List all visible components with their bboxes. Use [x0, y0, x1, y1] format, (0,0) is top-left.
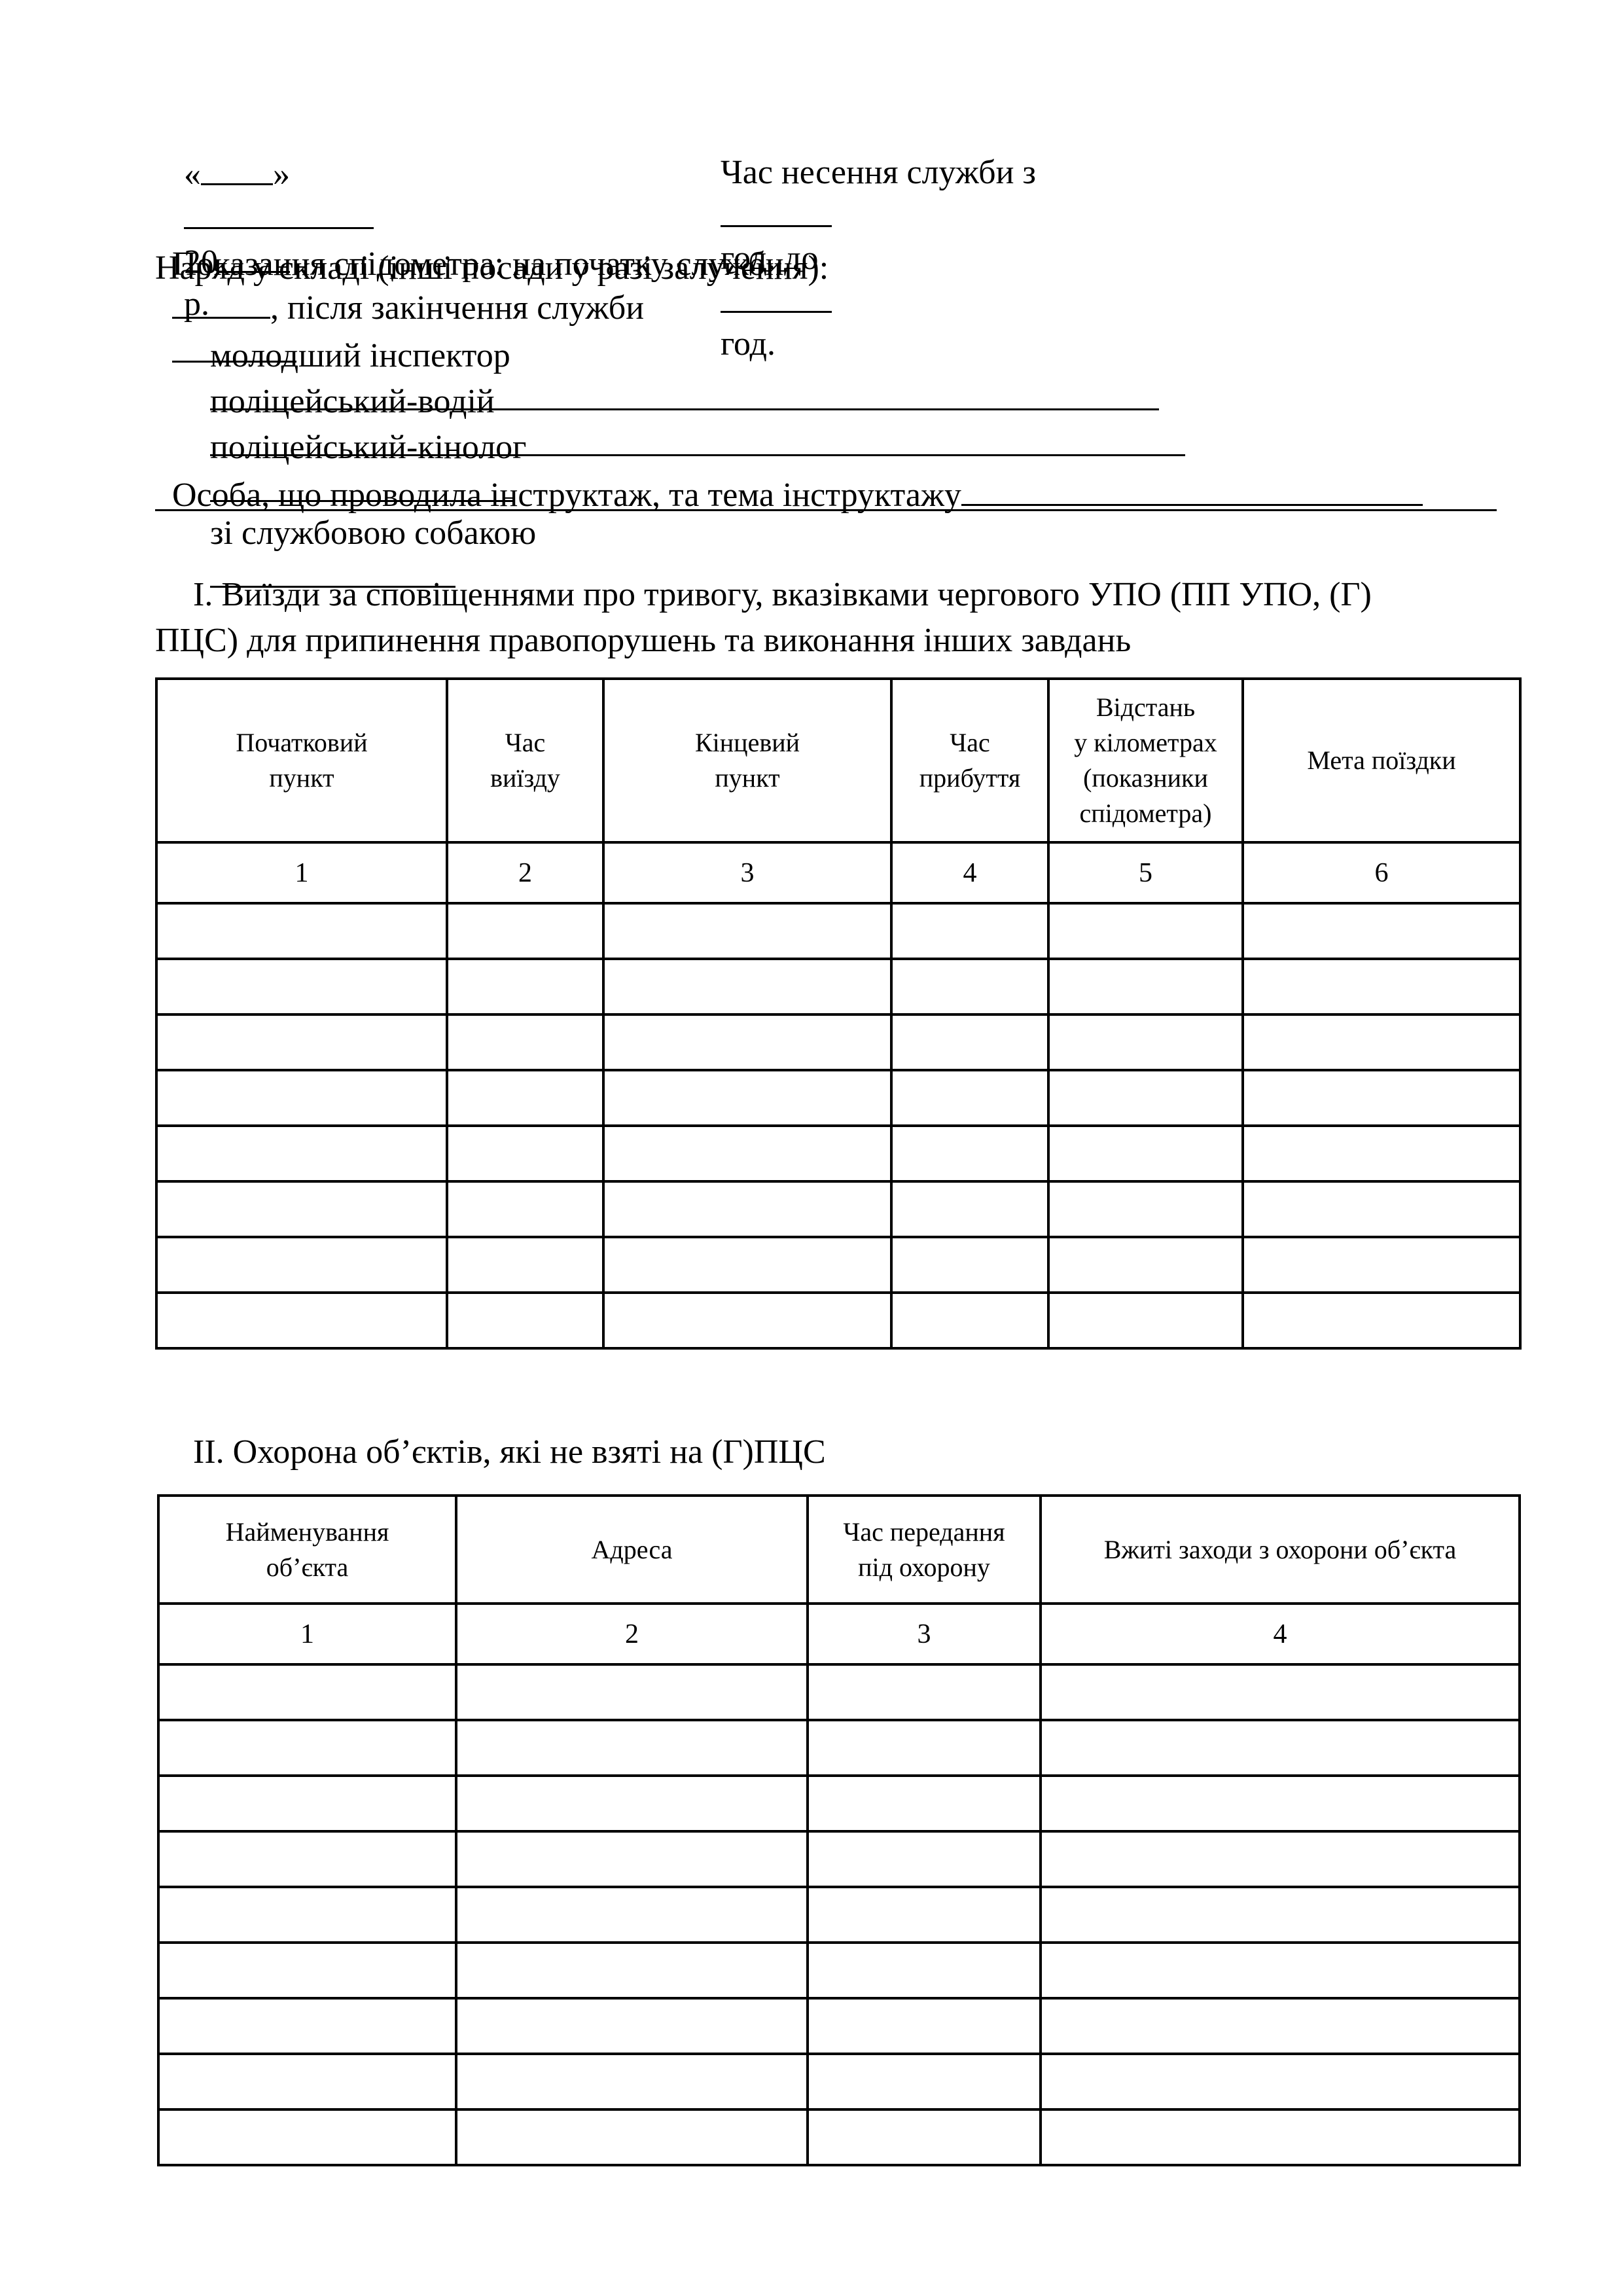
- section1-title-line1: I. Виїзди за сповіщеннями про тривогу, в…: [193, 573, 1372, 617]
- entry-cell[interactable]: [1243, 903, 1520, 959]
- entry-cell[interactable]: [1048, 1070, 1243, 1126]
- entry-cell[interactable]: [1243, 959, 1520, 1014]
- entry-cell[interactable]: [1048, 1126, 1243, 1181]
- entry-cell[interactable]: [456, 2054, 808, 2109]
- entry-cell[interactable]: [447, 959, 603, 1014]
- entry-cell[interactable]: [891, 1293, 1048, 1348]
- objects-header-row: Найменуванняоб’єктаАдресаЧас переданняпі…: [158, 1496, 1520, 1604]
- entry-cell[interactable]: [447, 1070, 603, 1126]
- entry-cell[interactable]: [447, 1293, 603, 1348]
- trips-table: ПочатковийпунктЧасвиїздуКінцевийпунктЧас…: [155, 677, 1522, 1350]
- entry-cell[interactable]: [808, 1831, 1041, 1887]
- objects-header-cell: Час переданняпід охорону: [808, 1496, 1041, 1604]
- entry-cell[interactable]: [1041, 1887, 1520, 1943]
- table-row: [158, 1664, 1520, 1720]
- table-row: [158, 1720, 1520, 1776]
- entry-cell[interactable]: [1041, 1776, 1520, 1831]
- entry-cell[interactable]: [156, 1293, 447, 1348]
- entry-cell[interactable]: [456, 1998, 808, 2054]
- entry-cell[interactable]: [1048, 903, 1243, 959]
- table-row: [156, 959, 1520, 1014]
- entry-cell[interactable]: [158, 2109, 456, 2165]
- column-number: 2: [456, 1604, 808, 1664]
- column-number: 3: [808, 1604, 1041, 1664]
- table-row: [158, 2109, 1520, 2165]
- entry-cell[interactable]: [1048, 1181, 1243, 1237]
- entry-cell[interactable]: [1041, 1720, 1520, 1776]
- entry-cell[interactable]: [891, 1237, 1048, 1293]
- table-row: [156, 1237, 1520, 1293]
- entry-cell[interactable]: [158, 1998, 456, 2054]
- entry-cell[interactable]: [158, 1776, 456, 1831]
- entry-cell[interactable]: [447, 1181, 603, 1237]
- entry-cell[interactable]: [456, 1943, 808, 1998]
- column-number: 5: [1048, 842, 1243, 903]
- column-label: пункт: [605, 761, 890, 796]
- entry-cell[interactable]: [156, 1237, 447, 1293]
- entry-cell[interactable]: [808, 1776, 1041, 1831]
- entry-cell[interactable]: [808, 2109, 1041, 2165]
- column-label: (показники: [1050, 761, 1241, 796]
- column-label: Вжиті заходи з охорони об’єкта: [1042, 1532, 1518, 1568]
- entry-cell[interactable]: [808, 1720, 1041, 1776]
- trips-header-cell: Кінцевийпункт: [603, 679, 891, 842]
- briefing-line: Особа, що проводила інструктаж, та тема …: [155, 431, 1423, 516]
- entry-cell[interactable]: [456, 1776, 808, 1831]
- entry-cell[interactable]: [447, 1126, 603, 1181]
- column-label: Кінцевий: [605, 725, 890, 761]
- trips-header-cell: Часвиїзду: [447, 679, 603, 842]
- entry-cell[interactable]: [1041, 2109, 1520, 2165]
- objects-column-number-row: 1234: [158, 1604, 1520, 1664]
- entry-cell[interactable]: [1048, 1293, 1243, 1348]
- crew-label: Наряд у складі (інші посади у разі залуч…: [155, 247, 829, 289]
- entry-cell[interactable]: [808, 1943, 1041, 1998]
- entry-cell[interactable]: [1243, 1014, 1520, 1070]
- column-label: пункт: [158, 761, 446, 796]
- entry-cell[interactable]: [156, 959, 447, 1014]
- column-number: 6: [1243, 842, 1520, 903]
- table-row: [156, 903, 1520, 959]
- entry-cell[interactable]: [158, 1887, 456, 1943]
- column-label: виїзду: [448, 761, 602, 796]
- close-quote: »: [273, 156, 290, 193]
- briefing-label: Особа, що проводила інструктаж, та тема …: [172, 476, 961, 514]
- table-row: [158, 2054, 1520, 2109]
- entry-cell[interactable]: [1041, 1943, 1520, 1998]
- entry-cell[interactable]: [808, 1664, 1041, 1720]
- trips-header-row: ПочатковийпунктЧасвиїздуКінцевийпунктЧас…: [156, 679, 1520, 842]
- column-label: Початковий: [158, 725, 446, 761]
- entry-cell[interactable]: [1048, 959, 1243, 1014]
- column-number: 1: [156, 842, 447, 903]
- entry-cell[interactable]: [456, 1831, 808, 1887]
- entry-cell[interactable]: [158, 1720, 456, 1776]
- entry-cell[interactable]: [603, 1293, 891, 1348]
- column-label: Мета поїздки: [1244, 743, 1519, 778]
- entry-cell[interactable]: [808, 1998, 1041, 2054]
- entry-cell[interactable]: [1041, 2054, 1520, 2109]
- trips-column-number-row: 123456: [156, 842, 1520, 903]
- entry-cell[interactable]: [447, 1014, 603, 1070]
- table-row: [158, 1943, 1520, 1998]
- entry-cell[interactable]: [603, 1070, 891, 1126]
- section2-title: II. Охорона об’єктів, які не взяті на (Г…: [193, 1430, 826, 1475]
- column-label: Час: [448, 725, 602, 761]
- column-label: об’єкта: [160, 1550, 455, 1585]
- entry-cell[interactable]: [1048, 1014, 1243, 1070]
- entry-cell[interactable]: [891, 1014, 1048, 1070]
- section1-title-line2: ПЦС) для припинення правопорушень та вик…: [155, 619, 1131, 663]
- table-row: [156, 1293, 1520, 1348]
- objects-header-cell: Адреса: [456, 1496, 808, 1604]
- entry-cell[interactable]: [158, 1831, 456, 1887]
- entry-cell[interactable]: [447, 1237, 603, 1293]
- entry-cell[interactable]: [156, 1126, 447, 1181]
- entry-cell[interactable]: [158, 2054, 456, 2109]
- entry-cell[interactable]: [158, 1943, 456, 1998]
- guarded-objects-table: Найменуванняоб’єктаАдресаЧас переданняпі…: [157, 1494, 1521, 2166]
- entry-cell[interactable]: [158, 1664, 456, 1720]
- column-label: Відстань: [1050, 690, 1241, 725]
- entry-cell[interactable]: [891, 1126, 1048, 1181]
- entry-cell[interactable]: [891, 903, 1048, 959]
- column-number: 2: [447, 842, 603, 903]
- briefing-field[interactable]: [961, 473, 1423, 506]
- entry-cell[interactable]: [1048, 1237, 1243, 1293]
- column-number: 4: [1041, 1604, 1520, 1664]
- briefing-continuation-field[interactable]: [155, 509, 1497, 511]
- entry-cell[interactable]: [456, 1664, 808, 1720]
- column-label: Час передання: [809, 1515, 1039, 1550]
- column-label: спідометра): [1050, 796, 1241, 831]
- entry-cell[interactable]: [603, 1237, 891, 1293]
- column-number: 3: [603, 842, 891, 903]
- entry-cell[interactable]: [156, 1070, 447, 1126]
- entry-cell[interactable]: [808, 2054, 1041, 2109]
- table-row: [158, 1831, 1520, 1887]
- table-row: [156, 1126, 1520, 1181]
- trips-header-cell: Мета поїздки: [1243, 679, 1520, 842]
- entry-cell[interactable]: [156, 903, 447, 959]
- entry-cell[interactable]: [156, 1014, 447, 1070]
- table-row: [158, 1887, 1520, 1943]
- trips-header-cell: Початковийпункт: [156, 679, 447, 842]
- entry-cell[interactable]: [603, 1126, 891, 1181]
- table-row: [156, 1070, 1520, 1126]
- entry-cell[interactable]: [1041, 1831, 1520, 1887]
- objects-header-cell: Найменуванняоб’єкта: [158, 1496, 456, 1604]
- objects-header-cell: Вжиті заходи з охорони об’єкта: [1041, 1496, 1520, 1604]
- service-time-label: Час несення служби з: [721, 154, 1036, 191]
- column-label: під охорону: [809, 1550, 1039, 1585]
- entry-cell[interactable]: [456, 1887, 808, 1943]
- entry-cell[interactable]: [808, 1887, 1041, 1943]
- trips-header-cell: Часприбуття: [891, 679, 1048, 842]
- entry-cell[interactable]: [891, 959, 1048, 1014]
- entry-cell[interactable]: [1041, 1664, 1520, 1720]
- column-label: прибуття: [893, 761, 1047, 796]
- column-label: у кілометрах: [1050, 725, 1241, 761]
- entry-cell[interactable]: [603, 903, 891, 959]
- entry-cell[interactable]: [603, 1014, 891, 1070]
- entry-cell[interactable]: [603, 1181, 891, 1237]
- entry-cell[interactable]: [456, 1720, 808, 1776]
- column-number: 1: [158, 1604, 456, 1664]
- trips-header-cell: Відстаньу кілометрах(показникиспідометра…: [1048, 679, 1243, 842]
- entry-cell[interactable]: [891, 1181, 1048, 1237]
- column-label: Час: [893, 725, 1047, 761]
- entry-cell[interactable]: [1243, 1181, 1520, 1237]
- column-label: Адреса: [457, 1532, 806, 1568]
- entry-cell[interactable]: [1041, 1998, 1520, 2054]
- entry-cell[interactable]: [1243, 1126, 1520, 1181]
- entry-cell[interactable]: [456, 2109, 808, 2165]
- entry-cell[interactable]: [603, 959, 891, 1014]
- service-dog-label: зі службовою собакою: [210, 514, 536, 552]
- column-label: Найменування: [160, 1515, 455, 1550]
- table-row: [156, 1181, 1520, 1237]
- entry-cell[interactable]: [1243, 1237, 1520, 1293]
- entry-cell[interactable]: [156, 1181, 447, 1237]
- entry-cell[interactable]: [891, 1070, 1048, 1126]
- day-field[interactable]: [201, 152, 273, 185]
- open-quote: «: [184, 156, 201, 193]
- entry-cell[interactable]: [1243, 1293, 1520, 1348]
- table-row: [158, 1776, 1520, 1831]
- table-row: [156, 1014, 1520, 1070]
- table-row: [158, 1998, 1520, 2054]
- entry-cell[interactable]: [447, 903, 603, 959]
- column-number: 4: [891, 842, 1048, 903]
- entry-cell[interactable]: [1243, 1070, 1520, 1126]
